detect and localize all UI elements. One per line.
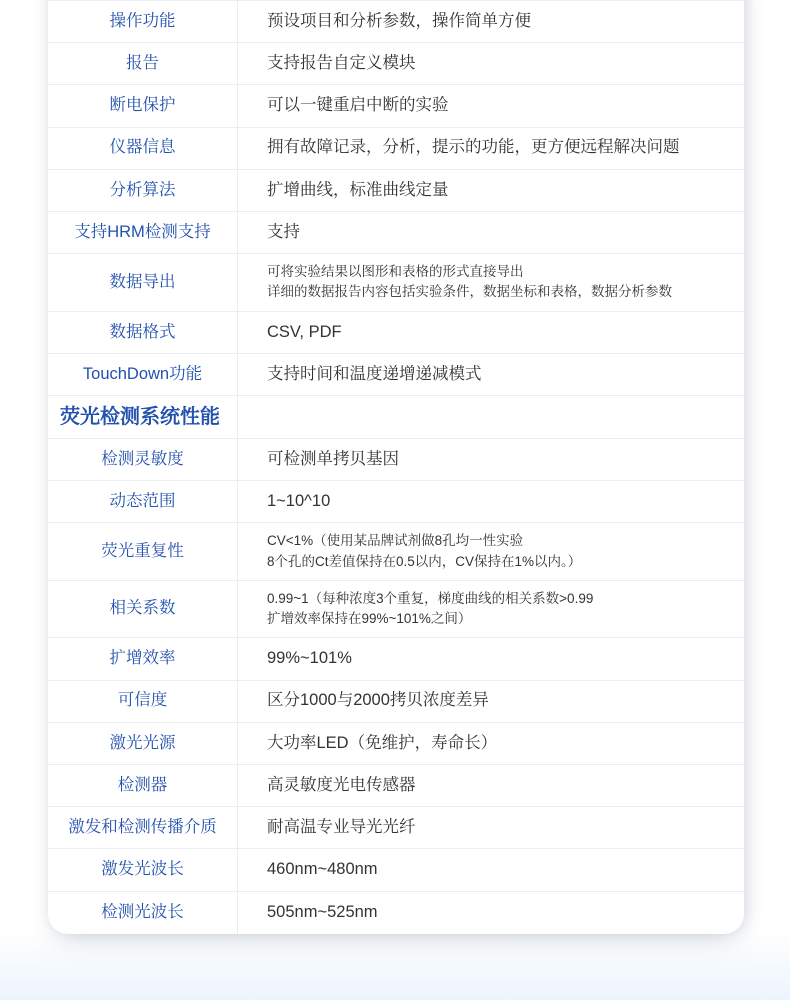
table-row: 检测光波长 505nm~525nm bbox=[48, 892, 744, 934]
spec-label: 分析算法 bbox=[48, 170, 238, 211]
table-row: 报告 支持报告自定义模块 bbox=[48, 43, 744, 85]
table-row: 检测灵敏度 可检测单拷贝基因 bbox=[48, 439, 744, 481]
spec-value: 扩增曲线，标准曲线定量 bbox=[238, 170, 744, 211]
table-row: 激光光源 大功率LED（免维护，寿命长） bbox=[48, 723, 744, 765]
spec-value: 可将实验结果以图形和表格的形式直接导出详细的数据报告内容包括实验条件，数据坐标和… bbox=[238, 254, 744, 311]
spec-value: 耐高温专业导光光纤 bbox=[238, 807, 744, 848]
spec-label: TouchDown功能 bbox=[48, 354, 238, 395]
spec-label: 扩增效率 bbox=[48, 638, 238, 679]
spec-value: 拥有故障记录，分析，提示的功能，更方便远程解决问题 bbox=[238, 128, 744, 169]
spec-value: 区分1000与2000拷贝浓度差异 bbox=[238, 681, 744, 722]
table-row: 相关系数 0.99~1（每种浓度3个重复，梯度曲线的相关系数>0.99扩增效率保… bbox=[48, 581, 744, 639]
spec-value: 大功率LED（免维护，寿命长） bbox=[238, 723, 744, 764]
spec-value: 支持时间和温度递增递减模式 bbox=[238, 354, 744, 395]
spec-value: 460nm~480nm bbox=[238, 849, 744, 890]
spec-label: 仪器信息 bbox=[48, 128, 238, 169]
table-row: 支持HRM检测支持 支持 bbox=[48, 212, 744, 254]
spec-value: CSV, PDF bbox=[238, 312, 744, 353]
page-bottom-gradient bbox=[0, 930, 790, 1000]
spec-table: 操作功能 预设项目和分析参数，操作简单方便 报告 支持报告自定义模块 断电保护 … bbox=[48, 0, 744, 934]
spec-value: 预设项目和分析参数，操作简单方便 bbox=[238, 1, 744, 42]
spec-label: 支持HRM检测支持 bbox=[48, 212, 238, 253]
spec-value-line: 可将实验结果以图形和表格的形式直接导出 bbox=[267, 262, 728, 282]
spec-label: 检测光波长 bbox=[48, 892, 238, 934]
table-row: 激发和检测传播介质 耐高温专业导光光纤 bbox=[48, 807, 744, 849]
spec-label: 荧光重复性 bbox=[48, 523, 238, 580]
spec-label: 检测器 bbox=[48, 765, 238, 806]
table-row: 荧光重复性 CV<1%（使用某品牌试剂做8孔均一性实验8个孔的Ct差值保持在0.… bbox=[48, 523, 744, 581]
spec-label: 数据导出 bbox=[48, 254, 238, 311]
table-row: 激发光波长 460nm~480nm bbox=[48, 849, 744, 891]
table-row: 数据格式 CSV, PDF bbox=[48, 312, 744, 354]
spec-label: 报告 bbox=[48, 43, 238, 84]
table-row: 数据导出 可将实验结果以图形和表格的形式直接导出详细的数据报告内容包括实验条件，… bbox=[48, 254, 744, 312]
spec-value-line: CV<1%（使用某品牌试剂做8孔均一性实验 bbox=[267, 531, 728, 551]
table-row: 可信度 区分1000与2000拷贝浓度差异 bbox=[48, 681, 744, 723]
spec-label: 荧光检测系统性能 bbox=[48, 396, 238, 438]
table-row: 动态范围 1~10^10 bbox=[48, 481, 744, 523]
spec-value-line: 8个孔的Ct差值保持在0.5以内，CV保持在1%以内。） bbox=[267, 552, 728, 572]
spec-value: 0.99~1（每种浓度3个重复，梯度曲线的相关系数>0.99扩增效率保持在99%… bbox=[238, 581, 744, 638]
spec-label: 动态范围 bbox=[48, 481, 238, 522]
table-row: 断电保护 可以一键重启中断的实验 bbox=[48, 85, 744, 127]
table-row: 检测器 高灵敏度光电传感器 bbox=[48, 765, 744, 807]
spec-value: 1~10^10 bbox=[238, 481, 744, 522]
spec-label: 数据格式 bbox=[48, 312, 238, 353]
table-row: 分析算法 扩增曲线，标准曲线定量 bbox=[48, 170, 744, 212]
section-header-row: 荧光检测系统性能 bbox=[48, 396, 744, 439]
spec-value bbox=[238, 396, 744, 438]
spec-value: 99%~101% bbox=[238, 638, 744, 679]
spec-label: 检测灵敏度 bbox=[48, 439, 238, 480]
spec-label: 操作功能 bbox=[48, 1, 238, 42]
table-row: TouchDown功能 支持时间和温度递增递减模式 bbox=[48, 354, 744, 396]
spec-label: 断电保护 bbox=[48, 85, 238, 126]
spec-value: CV<1%（使用某品牌试剂做8孔均一性实验8个孔的Ct差值保持在0.5以内，CV… bbox=[238, 523, 744, 580]
spec-value: 可检测单拷贝基因 bbox=[238, 439, 744, 480]
spec-value: 高灵敏度光电传感器 bbox=[238, 765, 744, 806]
spec-label: 激发和检测传播介质 bbox=[48, 807, 238, 848]
spec-value: 505nm~525nm bbox=[238, 892, 744, 934]
spec-value: 支持 bbox=[238, 212, 744, 253]
spec-value-line: 详细的数据报告内容包括实验条件，数据坐标和表格，数据分析参数 bbox=[267, 282, 728, 302]
spec-value: 可以一键重启中断的实验 bbox=[238, 85, 744, 126]
spec-label: 可信度 bbox=[48, 681, 238, 722]
spec-label: 激发光波长 bbox=[48, 849, 238, 890]
table-row: 仪器信息 拥有故障记录，分析，提示的功能，更方便远程解决问题 bbox=[48, 128, 744, 170]
spec-label: 相关系数 bbox=[48, 581, 238, 638]
spec-value: 支持报告自定义模块 bbox=[238, 43, 744, 84]
table-row: 扩增效率 99%~101% bbox=[48, 638, 744, 680]
spec-value-line: 扩增效率保持在99%~101%之间） bbox=[267, 609, 728, 629]
spec-value-line: 0.99~1（每种浓度3个重复，梯度曲线的相关系数>0.99 bbox=[267, 589, 728, 609]
table-row: 操作功能 预设项目和分析参数，操作简单方便 bbox=[48, 1, 744, 43]
spec-label: 激光光源 bbox=[48, 723, 238, 764]
